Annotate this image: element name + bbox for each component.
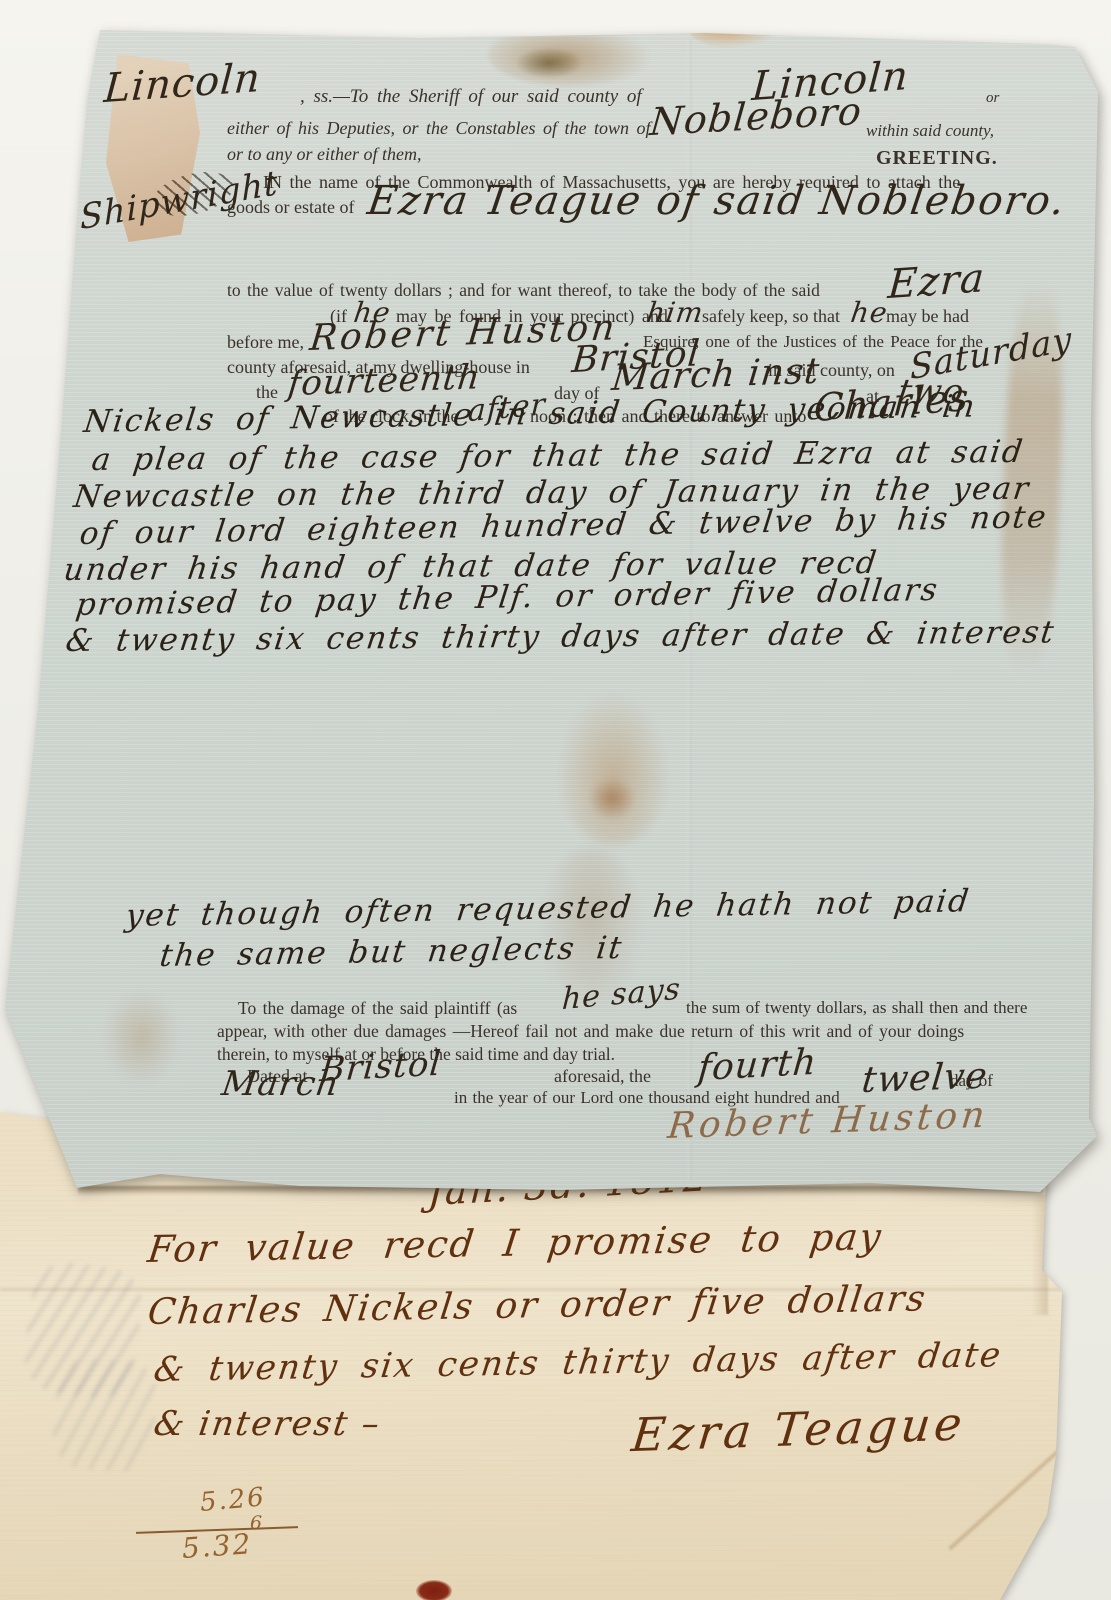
note-corner-crease xyxy=(948,1394,1111,1551)
printed-if: (if xyxy=(330,306,347,327)
neglect-line: the same but neglects it xyxy=(158,930,625,974)
stain xyxy=(588,778,636,820)
hw-fourteenth: fourteenth xyxy=(286,357,483,404)
stain xyxy=(542,848,642,1013)
note-right-fold xyxy=(1032,1195,1048,1315)
claim-line: Nickels of Newcastle in said County yeom… xyxy=(82,388,979,440)
hw-bristol: Bristol xyxy=(570,333,702,381)
note-date: Jan. 3d. 1812 xyxy=(427,1155,711,1214)
ink-scribble xyxy=(145,160,240,227)
printed-answer-unto: noon : then and there to answer unto xyxy=(530,406,806,427)
writ-paper-wrap: Lincoln , ss.—To the Sheriff of our said… xyxy=(0,0,1111,1600)
hw-town: Nobleboro xyxy=(648,89,864,144)
hw-county: Lincoln xyxy=(750,53,910,110)
printed-the: the xyxy=(256,382,278,403)
hw-justice-name: Robert Huston xyxy=(308,307,620,359)
printed-either-of-them: or to any or either of them, xyxy=(227,144,421,165)
sum-rule-line xyxy=(136,1526,298,1534)
printed-aforesaid: aforesaid, the xyxy=(554,1066,651,1087)
printed-day-of-2: day of xyxy=(950,1071,993,1091)
note-top-shadow xyxy=(78,1186,1043,1195)
printed-damage2: the sum of twenty dollars, as shall then… xyxy=(686,998,1027,1018)
writ-paper: Lincoln , ss.—To the Sheriff of our said… xyxy=(0,0,1111,1600)
claim-line: & twenty six cents thirty days after dat… xyxy=(64,614,1058,659)
ink-blot xyxy=(416,1580,452,1600)
stain xyxy=(556,690,671,845)
stain xyxy=(688,8,780,48)
sum-amount: 5.26 xyxy=(199,1482,267,1518)
printed-greeting: GREETING. xyxy=(876,147,998,170)
hw-ezra: Ezra xyxy=(886,255,986,308)
printed-or: or xyxy=(986,90,999,107)
printed-damage: To the damage of the said plaintiff (as xyxy=(238,998,517,1019)
printed-damage4: therein, to myself at or before the said… xyxy=(217,1044,615,1065)
vertical-crease xyxy=(688,40,691,1180)
printed-within-county: within said county, xyxy=(866,121,994,141)
claim-line: a plea of the case for that the said Ezr… xyxy=(90,434,1027,478)
printed-goods-estate: goods or estate of xyxy=(227,197,354,218)
ghost-writing xyxy=(51,1357,158,1474)
claim-line: Newcastle on the third day of January in… xyxy=(72,471,1033,515)
hw-march: March xyxy=(219,1064,342,1104)
claim-line: of our lord eighteen hundred & twelve by… xyxy=(78,499,1050,552)
printed-precinct: may be found in your precinct) and xyxy=(396,306,668,327)
sum-total: 5.32 xyxy=(181,1527,253,1565)
hw-he2: he xyxy=(849,296,890,329)
hw-dated-town: Bristol xyxy=(318,1044,443,1091)
neglect-line: yet though often requested he hath not p… xyxy=(124,883,973,934)
printed-dated-at: Dated at xyxy=(247,1066,307,1087)
printed-damage3: appear, with other due damages —Hereof f… xyxy=(217,1021,964,1042)
printed-in-said-county: in said county, on xyxy=(768,360,895,381)
printed-may-be-had: may be had xyxy=(886,306,969,327)
printed-clock: of the clock, in the xyxy=(324,406,458,427)
hw-after: after xyxy=(467,387,547,429)
printed-before-me: before me, xyxy=(227,332,304,353)
printed-salutation: , ss.—To the Sheriff of our said county … xyxy=(300,86,642,108)
sum-carry: 6 xyxy=(250,1512,264,1534)
scanned-document-page: Jan. 3d. 1812 For value recd I promise t… xyxy=(0,0,1111,1600)
ghost-writing xyxy=(19,1258,146,1402)
hw-fourth: fourth xyxy=(696,1042,818,1089)
note-fold-crease xyxy=(0,1288,1063,1294)
margin-county: Lincoln xyxy=(102,55,262,112)
hw-he: he xyxy=(352,296,393,329)
note-line: Charles Nickels or order five dollars xyxy=(145,1278,929,1333)
note-line: & twenty six cents thirty days after dat… xyxy=(152,1335,1005,1390)
hw-month: March inst xyxy=(610,351,822,399)
printed-day-of: day of xyxy=(554,383,599,404)
maker-signature: Ezra Teague xyxy=(629,1396,968,1462)
hw-him: him xyxy=(645,296,706,329)
hw-charles: Charles xyxy=(812,375,970,430)
printed-year-line: in the year of our Lord one thousand eig… xyxy=(454,1088,840,1108)
note-line: & interest – xyxy=(151,1404,384,1444)
justice-signature: Robert Huston xyxy=(666,1095,991,1147)
printed-dwelling: county aforesaid, at my dwelling-house i… xyxy=(227,357,530,378)
printed-safely-keep: safely keep, so that xyxy=(702,306,840,327)
claim-line: promised to pay the Plf. or order five d… xyxy=(74,572,941,623)
hw-occupation: Shipwright xyxy=(79,163,279,238)
stain xyxy=(997,281,1067,678)
claim-line: under his hand of that date for value re… xyxy=(62,545,881,588)
printed-commonwealth: IN the name of the Commonwealth of Massa… xyxy=(263,172,960,193)
hw-defendant: Ezra Teague of said Nobleboro. xyxy=(365,178,1069,224)
stain xyxy=(516,48,582,78)
hw-saturday: Saturday xyxy=(909,319,1073,388)
stain xyxy=(488,24,653,86)
printed-value: to the value of twenty dollars ; and for… xyxy=(227,280,820,301)
printed-at: at xyxy=(866,386,879,407)
hw-he-says: he says xyxy=(561,971,682,1017)
hw-twelve: twelve xyxy=(860,1056,990,1102)
hw-two: two xyxy=(895,372,967,412)
note-line: For value recd I promise to pay xyxy=(145,1215,885,1271)
note-paper-wrap: Jan. 3d. 1812 For value recd I promise t… xyxy=(0,0,1111,1600)
stain xyxy=(104,990,179,1085)
tape-repair xyxy=(106,54,200,242)
promissory-note-paper: Jan. 3d. 1812 For value recd I promise t… xyxy=(0,0,1111,1600)
printed-deputies: either of his Deputies, or the Constable… xyxy=(227,118,650,139)
printed-esquire: Esquire, one of the Justices of the Peac… xyxy=(643,332,983,352)
